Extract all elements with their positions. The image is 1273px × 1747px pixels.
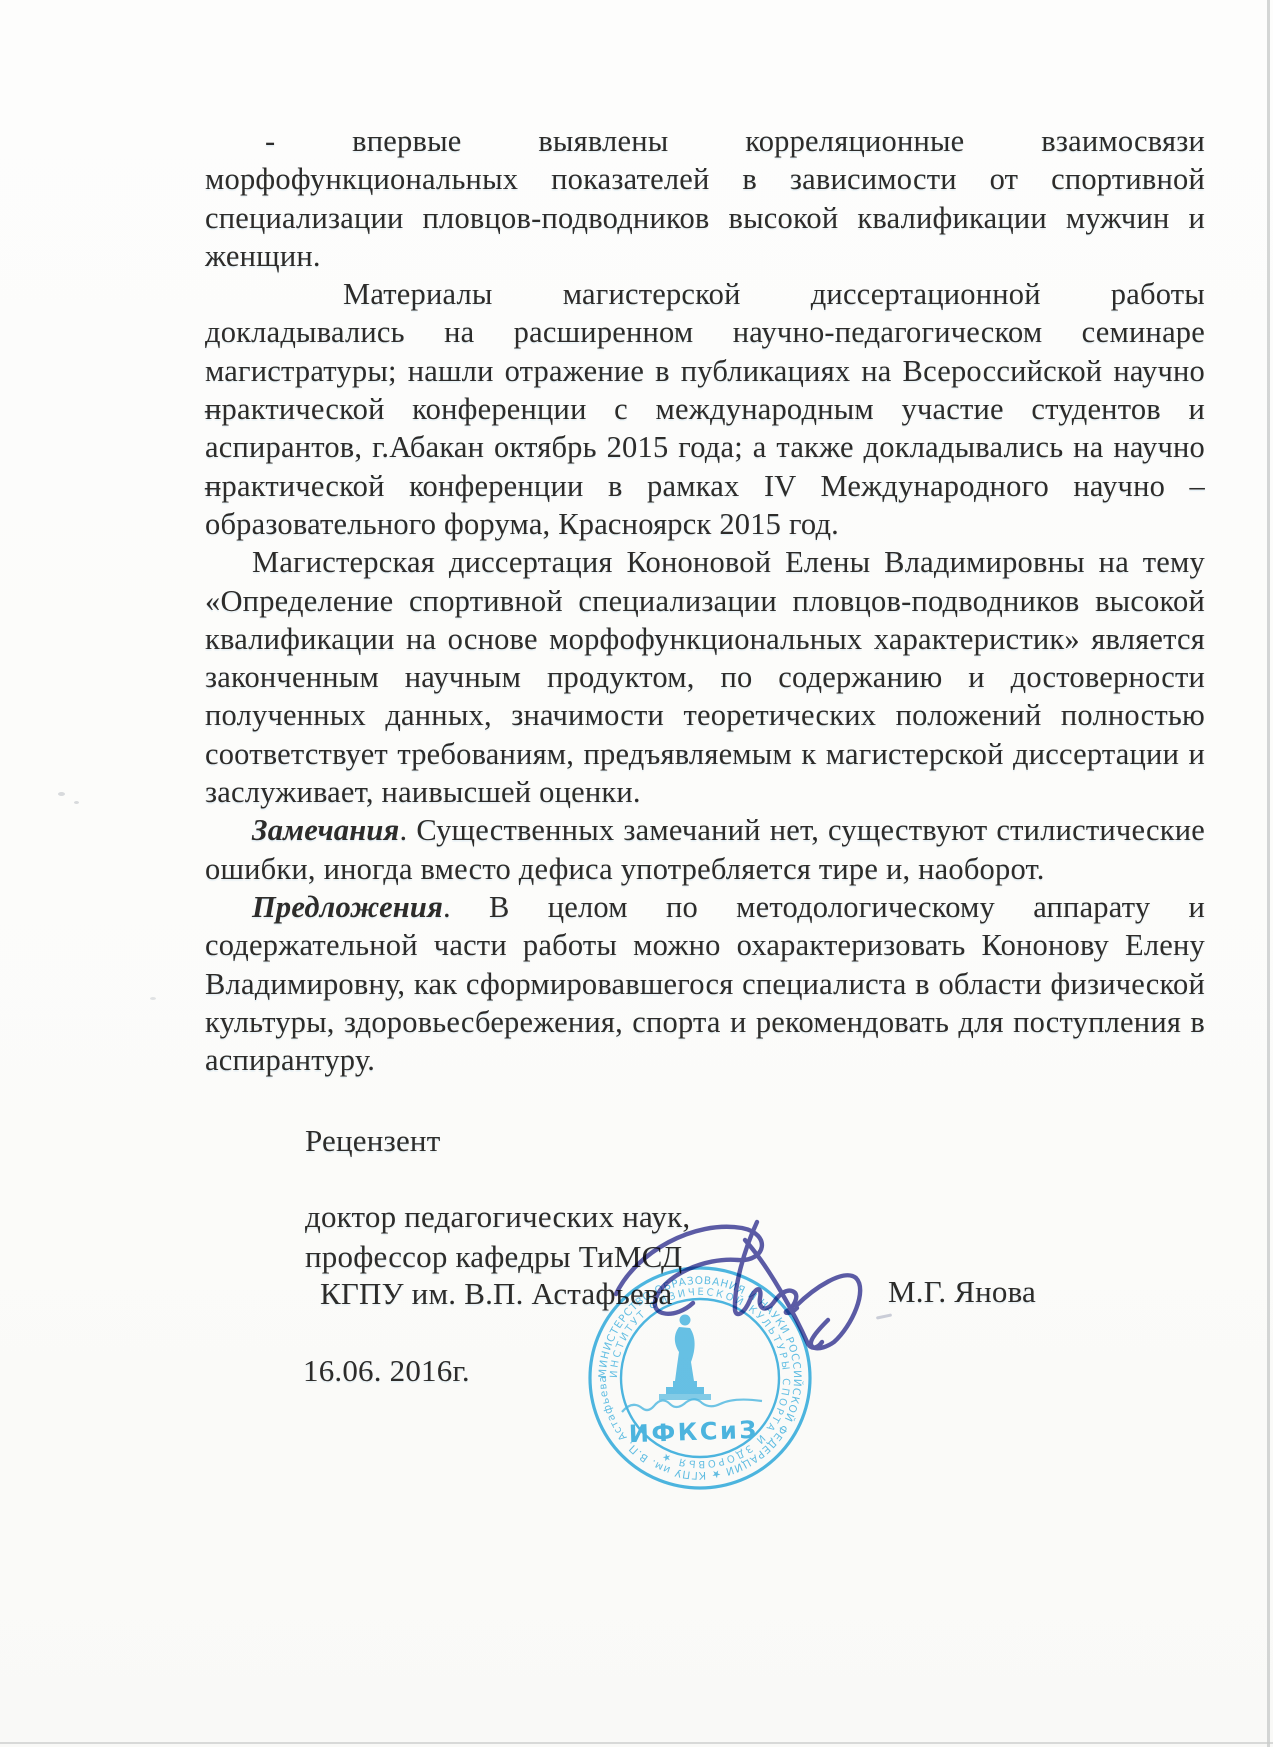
text-line: практической конференции с международным…: [205, 390, 1205, 428]
text-line: аспирантов, г.Абакан октябрь 2015 года; …: [205, 428, 1205, 466]
reviewer-label: Рецензент: [305, 1124, 440, 1158]
text-line: содержательной части работы можно охарак…: [205, 926, 1205, 964]
text-segment: . В целом по методологическому аппарату …: [443, 890, 1205, 924]
text-line: - впервые выявлены корреляционные взаимо…: [205, 122, 1205, 160]
text-line: культуры, здоровьесбережения, спорта и р…: [205, 1003, 1205, 1041]
text-line: ошибки, иногда вместо дефиса употребляет…: [205, 850, 1205, 888]
text-line: Материалы магистерской диссертационной р…: [205, 275, 1205, 313]
text-line: образовательного форума, Красноярск 2015…: [205, 505, 1205, 543]
stamp-facsimile-signature: [622, 1399, 762, 1412]
text-line: специализации пловцов-подводников высоко…: [205, 199, 1205, 237]
text-line: женщин.: [205, 237, 1205, 275]
text-line: Замечания. Существенных замечаний нет, с…: [205, 811, 1205, 849]
text-line: квалификации на основе морфофункциональн…: [205, 620, 1205, 658]
text-line: морфофункциональных показателей в зависи…: [205, 160, 1205, 198]
document-body-text: - впервые выявлены корреляционные взаимо…: [205, 122, 1205, 1079]
scan-edge-bottom: [0, 1742, 1273, 1744]
handwritten-signature: [560, 1150, 900, 1380]
text-line: полученных данных, значимости теоретичес…: [205, 696, 1205, 734]
scan-speck: [58, 792, 65, 796]
scan-speck: [74, 801, 79, 804]
text-line: докладывались на расширенном научно-педа…: [205, 313, 1205, 351]
lead-word: Замечания: [252, 813, 399, 847]
text-line: «Определение спортивной специализации пл…: [205, 582, 1205, 620]
text-line: законченным научным продуктом, по содерж…: [205, 658, 1205, 696]
reviewer-name: М.Г. Янова: [888, 1275, 1036, 1309]
text-line: Предложения. В целом по методологическом…: [205, 888, 1205, 926]
text-line: Магистерская диссертация Кононовой Елены…: [205, 543, 1205, 581]
text-line: магистратуры; нашли отражение в публикац…: [205, 352, 1205, 390]
lead-word: Предложения: [252, 890, 443, 924]
text-line: заслуживает, наивысшей оценки.: [205, 773, 1205, 811]
text-line: Владимировну, как сформировавшегося спец…: [205, 965, 1205, 1003]
stamp-abbreviation: ИФКСиЗ: [628, 1416, 759, 1449]
scan-edge-right: [1267, 0, 1270, 1747]
scan-speck: [150, 997, 156, 1000]
document-date: 16.06. 2016г.: [303, 1354, 470, 1388]
scanned-review-page: { "page": {"width": 1273, "height": 1747…: [0, 0, 1273, 1747]
text-line: аспирантуру.: [205, 1041, 1205, 1079]
text-line: соответствует требованиям, предъявляемым…: [205, 735, 1205, 773]
text-line: практической конференции в рамках IV Меж…: [205, 467, 1205, 505]
text-segment: . Существенных замечаний нет, существуют…: [399, 813, 1205, 847]
